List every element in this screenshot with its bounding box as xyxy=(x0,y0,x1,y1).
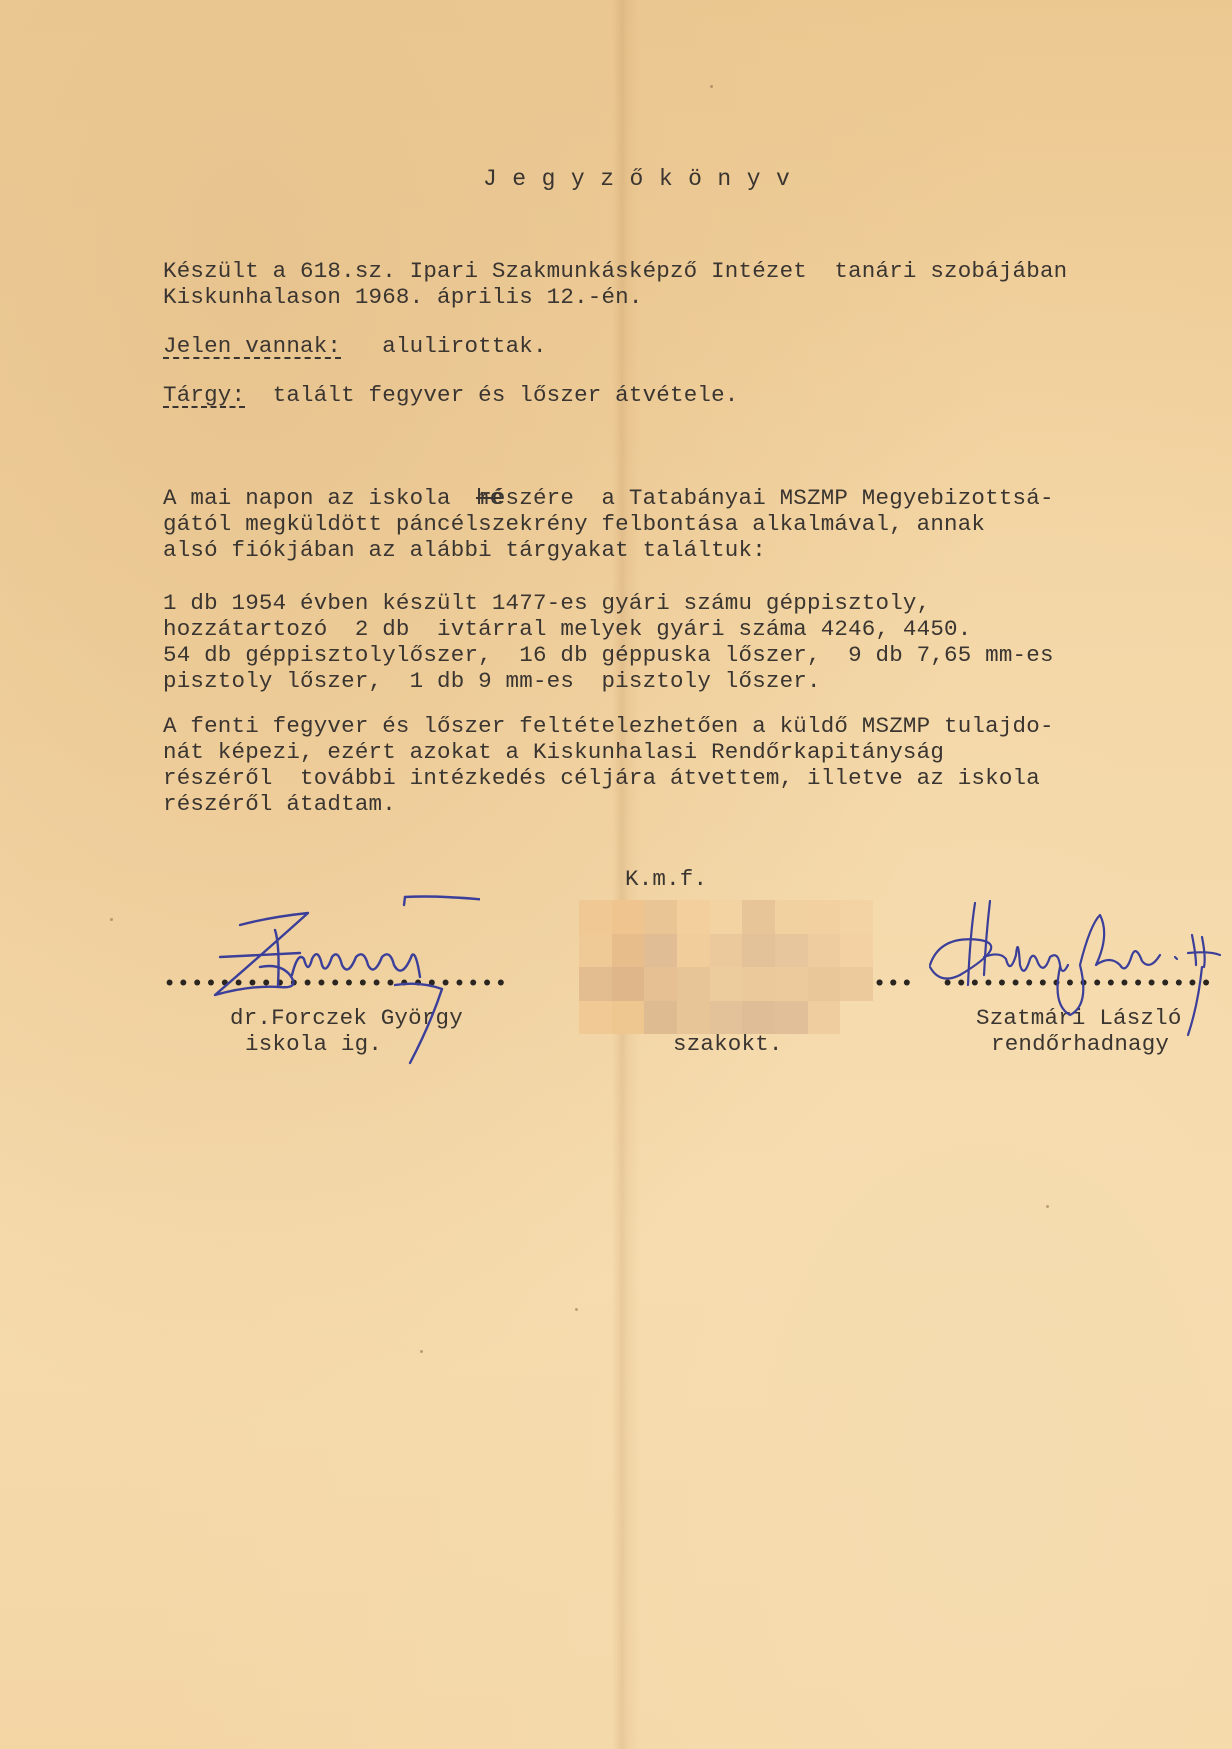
present-label: Jelen vannak: xyxy=(163,333,341,359)
paragraph1-line-3: alsó fiókjában az alábbi tárgyakat talál… xyxy=(163,537,766,563)
paragraph1-line-2: gától megküldött páncélszekrény felbontá… xyxy=(163,511,985,537)
paragraph2-line-4: részéről átadtam. xyxy=(163,791,396,817)
subject-row: Tárgy: talált fegyver és lőszer átvétele… xyxy=(163,382,739,408)
paper-speck xyxy=(575,1308,578,1311)
paper-speck xyxy=(110,918,113,921)
kmf-label: K.m.f. xyxy=(625,866,707,892)
item-line-1: 1 db 1954 évben készült 1477-es gyári sz… xyxy=(163,590,930,616)
paragraph2-line-1: A fenti fegyver és lőszer feltételezhető… xyxy=(163,713,1054,739)
present-row: Jelen vannak: alulirottak. xyxy=(163,333,547,359)
item-line-4: pisztoly lőszer, 1 db 9 mm-es pisztoly l… xyxy=(163,668,821,694)
paper-speck xyxy=(1046,1205,1049,1208)
intro-line-2: Kiskunhalason 1968. április 12.-én. xyxy=(163,284,643,310)
subject-label: Tárgy: xyxy=(163,382,245,408)
subject-value: talált fegyver és lőszer átvétele. xyxy=(273,382,739,408)
signature-forczek xyxy=(180,885,480,1065)
paragraph2-line-3: részéről további intézkedés céljára átve… xyxy=(163,765,1040,791)
signatory-2-role: szakokt. xyxy=(673,1031,783,1057)
item-line-2: hozzátartozó 2 db ivtárral melyek gyári … xyxy=(163,616,971,642)
item-line-3: 54 db géppisztolylőszer, 16 db géppuska … xyxy=(163,642,1054,668)
paper-speck xyxy=(420,1350,423,1353)
paper-speck xyxy=(710,85,713,88)
signature-szatmari xyxy=(920,895,1230,1045)
intro-line-1: Készült a 618.sz. Ipari Szakmunkásképző … xyxy=(163,258,1067,284)
paragraph2-line-2: nát képezi, ezért azokat a Kiskunhalasi … xyxy=(163,739,944,765)
present-value: alulirottak. xyxy=(382,333,546,359)
struck-text: hé xyxy=(476,485,503,511)
redacted-signature xyxy=(579,900,873,1034)
document-title: Jegyzőkönyv xyxy=(483,166,805,192)
paragraph1-line-1: A mai napon az iskola részére a Tatabány… xyxy=(163,485,1054,511)
